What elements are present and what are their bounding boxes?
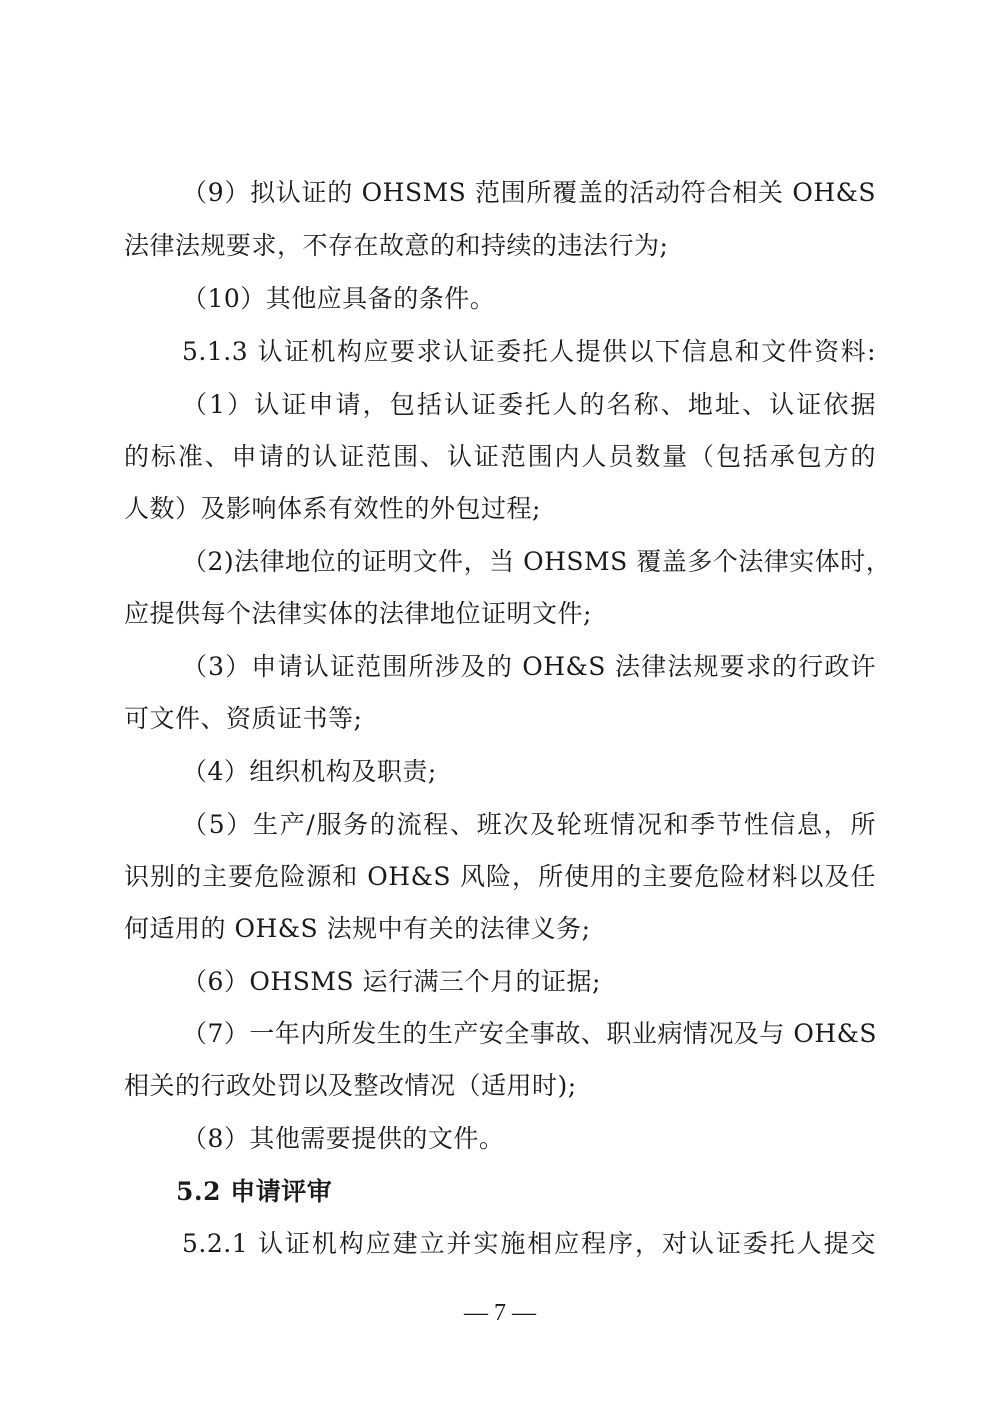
paragraph-line: （2)法律地位的证明文件，当 OHSMS 覆盖多个法律实体时，	[182, 542, 876, 582]
paragraph-line: 5.1.3 认证机构应要求认证委托人提供以下信息和文件资料:	[182, 332, 876, 372]
paragraph-line: （9）拟认证的 OHSMS 范围所覆盖的活动符合相关 OH&S	[182, 173, 876, 213]
paragraph-line: （7）一年内所发生的生产安全事故、职业病情况及与 OH&S	[182, 1014, 876, 1054]
paragraph-line: 应提供每个法律实体的法律地位证明文件;	[124, 594, 876, 634]
paragraph-line: （6）OHSMS 运行满三个月的证据;	[182, 962, 876, 1002]
paragraph-line: 识别的主要危险源和 OH&S 风险，所使用的主要危险材料以及任	[124, 857, 876, 897]
paragraph-line: （4）组织机构及职责;	[182, 752, 876, 792]
paragraph-line: （3）申请认证范围所涉及的 OH&S 法律法规要求的行政许	[182, 647, 876, 687]
paragraph-line: （10）其他应具备的条件。	[182, 279, 876, 319]
paragraph-line: 人数）及影响体系有效性的外包过程;	[124, 489, 876, 529]
paragraph-line: 何适用的 OH&S 法规中有关的法律义务;	[124, 909, 876, 949]
section-heading: 5.2 申请评审	[176, 1172, 476, 1212]
paragraph-line: （1）认证申请，包括认证委托人的名称、地址、认证依据	[182, 385, 876, 425]
document-page: （9）拟认证的 OHSMS 范围所覆盖的活动符合相关 OH&S法律法规要求，不存…	[0, 0, 1000, 1414]
paragraph-line: 5.2.1 认证机构应建立并实施相应程序，对认证委托人提交	[182, 1224, 876, 1264]
paragraph-line: （5）生产/服务的流程、班次及轮班情况和季节性信息，所	[182, 805, 876, 845]
paragraph-line: 相关的行政处罚以及整改情况（适用时);	[124, 1066, 876, 1106]
paragraph-line: 可文件、资质证书等;	[124, 699, 876, 739]
paragraph-line: 法律法规要求，不存在故意的和持续的违法行为;	[124, 226, 876, 266]
paragraph-line: 的标准、申请的认证范围、认证范围内人员数量（包括承包方的	[124, 437, 876, 477]
paragraph-line: （8）其他需要提供的文件。	[182, 1119, 876, 1159]
page-number: — 7 —	[0, 1300, 1000, 1327]
